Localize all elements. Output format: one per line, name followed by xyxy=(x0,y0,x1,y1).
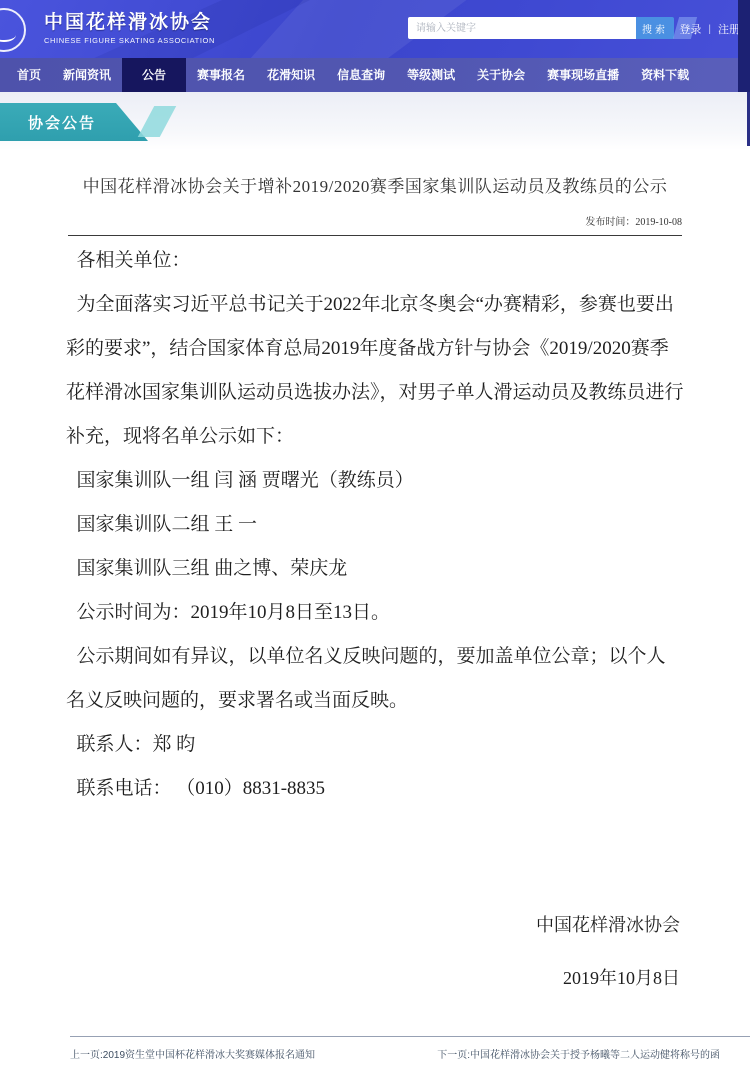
nav-item-skating-knowledge[interactable]: 花滑知识 xyxy=(256,58,326,92)
announcement-article: 中国花样滑冰协会关于增补2019/2020赛季国家集训队运动员及教练员的公示 发… xyxy=(0,150,750,990)
nav-item-downloads[interactable]: 资料下载 xyxy=(630,58,700,92)
site-header: 中国花样滑冰协会 CHINESE FIGURE SKATING ASSOCIAT… xyxy=(0,0,750,58)
nav-item-announcements[interactable]: 公告 xyxy=(122,58,186,92)
auth-links: 登录 | 注册 xyxy=(679,21,740,37)
article-paragraph: 各相关单位： xyxy=(66,239,684,283)
article-paragraph: 国家集训队三组 曲之博、荣庆龙 xyxy=(66,547,684,591)
site-logo: 中国花样滑冰协会 CHINESE FIGURE SKATING ASSOCIAT… xyxy=(0,0,215,58)
search-bar: 搜索 xyxy=(408,17,694,39)
page-footer: 上一页:2019资生堂中国杯花样滑冰大奖赛媒体报名通知 下一页:中国花样滑冰协会… xyxy=(0,1036,750,1077)
article-paragraph: 国家集训队一组 闫 涵 贾曙光（教练员） xyxy=(66,459,684,503)
nav-item-news[interactable]: 新闻资讯 xyxy=(52,58,122,92)
search-button[interactable]: 搜索 xyxy=(636,17,674,39)
article-paragraph: 联系人：郑 昀 xyxy=(66,723,684,767)
nav-item-home[interactable]: 首页 xyxy=(6,58,52,92)
main-nav: 首页 新闻资讯 公告 赛事报名 花滑知识 信息查询 等级测试 关于协会 赛事现场… xyxy=(0,58,750,92)
article-paragraph: 公示期间如有异议，以单位名义反映问题的，要加盖单位公章；以个人名义反映问题的，要… xyxy=(66,635,684,723)
breadcrumb-banner-row: 协会公告 xyxy=(0,92,750,150)
nav-item-event-registration[interactable]: 赛事报名 xyxy=(186,58,256,92)
login-link[interactable]: 登录 xyxy=(679,21,701,37)
search-input[interactable] xyxy=(408,17,636,39)
publish-date: 发布时间：2019-10-08 xyxy=(0,213,750,228)
signature-org: 中国花样滑冰协会 xyxy=(0,911,680,937)
prev-page-link[interactable]: 上一页:2019资生堂中国杯花样滑冰大奖赛媒体报名通知 xyxy=(70,1046,315,1061)
section-banner: 协会公告 xyxy=(0,103,148,141)
article-paragraph: 国家集训队二组 王 一 xyxy=(66,503,684,547)
signature-date: 2019年10月8日 xyxy=(0,964,680,990)
right-edge-strip xyxy=(738,0,750,92)
article-paragraph: 为全面落实习近平总书记关于2022年北京冬奥会“办赛精彩，参赛也要出彩的要求”，… xyxy=(66,283,684,459)
article-body: 各相关单位： 为全面落实习近平总书记关于2022年北京冬奥会“办赛精彩，参赛也要… xyxy=(0,236,750,811)
nav-item-level-test[interactable]: 等级测试 xyxy=(396,58,466,92)
logo-title: 中国花样滑冰协会 xyxy=(44,13,215,34)
banner-accent-shape xyxy=(138,106,176,137)
register-link[interactable]: 注册 xyxy=(718,21,740,37)
auth-divider: | xyxy=(708,24,711,35)
logo-circle-icon xyxy=(0,8,26,52)
section-banner-label: 协会公告 xyxy=(28,112,96,133)
nav-item-about[interactable]: 关于协会 xyxy=(466,58,536,92)
article-paragraph: 公示时间为：2019年10月8日至13日。 xyxy=(66,591,684,635)
page-title: 中国花样滑冰协会关于增补2019/2020赛季国家集训队运动员及教练员的公示 xyxy=(0,172,750,197)
signature-block: 中国花样滑冰协会 2019年10月8日 xyxy=(0,911,750,990)
next-page-link[interactable]: 下一页:中国花样滑冰协会关于授予杨曦等二人运动健将称号的函 xyxy=(437,1046,720,1061)
article-paragraph: 联系电话： （010）8831-8835 xyxy=(66,767,684,811)
nav-item-live-broadcast[interactable]: 赛事现场直播 xyxy=(536,58,630,92)
nav-item-info-query[interactable]: 信息查询 xyxy=(326,58,396,92)
logo-subtitle: CHINESE FIGURE SKATING ASSOCIATION xyxy=(44,37,215,45)
